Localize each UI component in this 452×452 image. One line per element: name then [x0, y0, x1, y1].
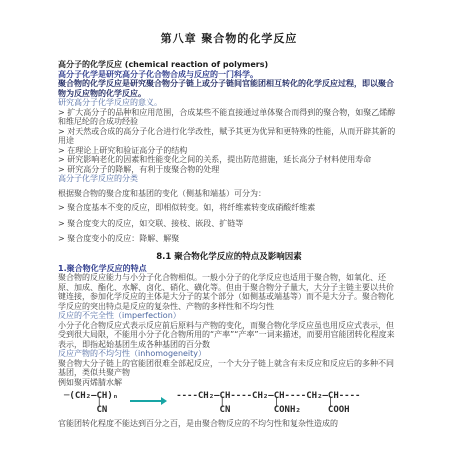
substituent-row: CN CONH₂ COOH	[176, 406, 360, 415]
para-imperfection: 小分子化合物反应式表示反应前后原料与产物的变化，而聚合物化学反应虽也用反应式表示…	[58, 321, 400, 350]
intro-reaction-definition: 聚合物的化学反应是研究聚合物分子链上或分子链间官能团相互转化的化学反应过程，即以…	[58, 79, 400, 98]
classification-intro: 根据聚合物的聚合度和基团的变化（侧基和端基）可分为：	[58, 189, 400, 199]
para-features: 聚合物的反应能力与小分子化合物相似。一般小分子的化学反应也适用于聚合物，如氧化、…	[58, 273, 400, 311]
substituent-row: CN	[64, 406, 118, 415]
para-inhomogeneity: 聚合物大分子链上的官能团很难全部起反应，一个大分子链上就含有未反应和反应后的多种…	[58, 359, 400, 378]
reaction-arrow-icon	[130, 400, 162, 402]
intro-heading: 高分子的化学反应 (chemical reaction of polymers)	[58, 60, 400, 70]
list-item: > 在理论上研究和验证高分子的结构	[58, 146, 400, 156]
list-item: > 研究影响老化的因素和性能变化之间的关系，提出防范措施，延长高分子材料使用寿命	[58, 155, 400, 165]
chemical-equation: ─(CH₂—CH)ₙ │ CN ----CH₂—CH----CH₂—CH----…	[64, 392, 400, 415]
intro-definition: 高分子化学是研究高分子化合物合成与反应的一门科学。	[58, 70, 400, 80]
list-item: > 聚合度变大的反应，如交联、接枝、嵌段、扩链等	[58, 219, 400, 229]
significance-heading: 研究高分子化学反应的意义。	[58, 98, 400, 108]
inhomogeneity-heading: 反应产物的不均匀性（inhomogeneity）	[58, 349, 400, 359]
subsection-heading: 1.聚合物化学反应的特点	[58, 264, 400, 274]
product-structure: ----CH₂—CH----CH₂—CH----CH₂—CH---- │ │ │…	[176, 392, 360, 415]
classification-list: > 聚合度基本不变的反应，即相似转变。如，将纤维素转变成硝酸纤维素 > 聚合度变…	[58, 203, 400, 244]
list-item: > 扩大高分子的品种和应用范围，合成某些不能直接通过单体聚合而得到的聚合物，如聚…	[58, 108, 400, 127]
page-title: 第八章 聚合物的化学反应	[58, 30, 400, 46]
list-item: > 聚合度变小的反应：降解、解聚	[58, 234, 400, 244]
list-item: > 聚合度基本不变的反应，即相似转变。如，将纤维素转变成硝酸纤维素	[58, 203, 400, 213]
example-label: 例如聚丙烯腈水解	[58, 378, 400, 388]
section-heading: 8.1 聚合物化学反应的特点及影响因素	[58, 250, 400, 262]
significance-list: > 扩大高分子的品种和应用范围，合成某些不能直接通过单体聚合而得到的聚合物，如聚…	[58, 108, 400, 175]
imperfection-heading: 反应的不完全性（imperfection）	[58, 311, 400, 321]
conversion-note: 官能团转化程度不能达到百分之百，是由聚合物反应的不均匀性和复杂性造成的	[58, 419, 400, 429]
document-page: 第八章 聚合物的化学反应 高分子的化学反应 (chemical reaction…	[0, 0, 452, 452]
reactant-structure: ─(CH₂—CH)ₙ │ CN	[64, 392, 118, 415]
list-item: > 对天然或合成的高分子化合进行化学改性，赋予其更为优异和更特殊的性能，从而开辟…	[58, 127, 400, 146]
classification-heading: 高分子化学反应的分类	[58, 174, 400, 184]
list-item: > 研究高分子的降解，有利于废聚合物的处理	[58, 165, 400, 175]
